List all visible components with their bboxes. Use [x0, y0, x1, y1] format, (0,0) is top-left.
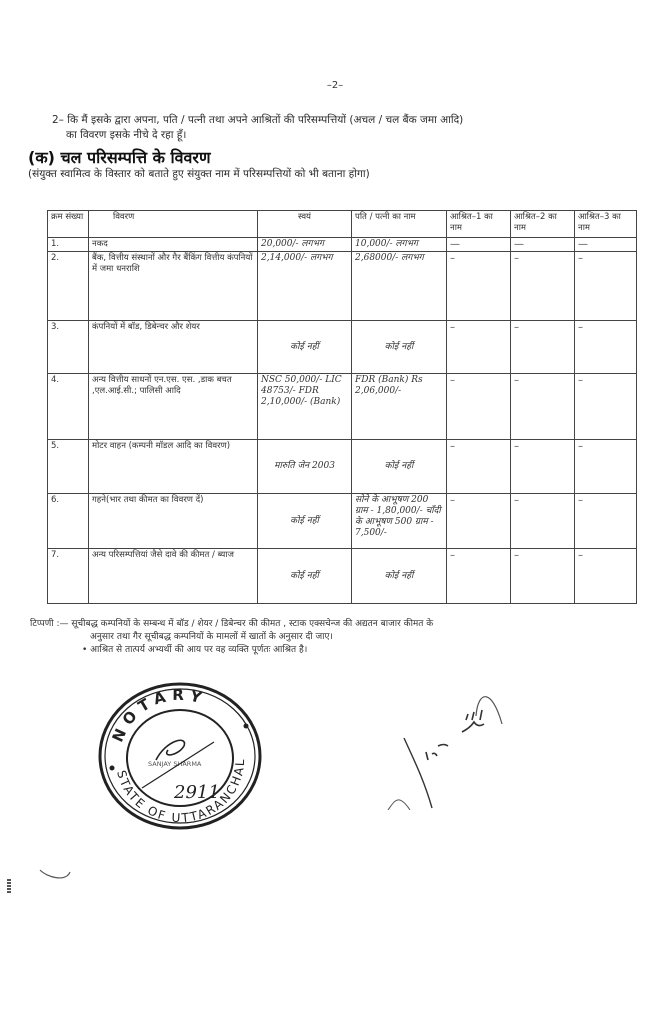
dependent-3-cell: – — [575, 374, 637, 440]
header-description: विवरण — [89, 211, 258, 238]
spouse-value-cell: 10,000/- लगभग — [352, 238, 447, 252]
note-line-3: • आश्रित से तात्पर्य अभ्यर्थी की आय पर व… — [30, 644, 650, 657]
table-row: 7.अन्य परिसम्पत्तियां जैसे दावे की कीमत … — [48, 549, 637, 604]
self-value-cell: कोई नहीं — [258, 494, 352, 549]
declaration-line-2: का विवरण इसके नीचे दे रहा हूँ। — [52, 128, 622, 143]
serial-number-cell: 3. — [48, 321, 89, 374]
note-line-2: अनुसार तथा गैर सूचीबद्ध कम्पनियों के माम… — [30, 631, 650, 644]
dependent-2-cell: – — [511, 252, 575, 321]
table-row: 5.मोटर वाहन (कम्पनी मॉडल आदि का विवरण)मा… — [48, 440, 637, 494]
signature — [380, 680, 510, 810]
dependent-1-cell: – — [447, 321, 511, 374]
header-dependent-1: आश्रित–1 का नाम — [447, 211, 511, 238]
footnotes: टिप्पणी :— सूचीबद्ध कम्पनियों के सम्बन्ध… — [30, 618, 650, 657]
svg-text:NOTARY: NOTARY — [108, 686, 209, 745]
section-heading: (क) चल परिसम्पत्ति के विवरण — [28, 146, 211, 168]
stamp-top-text: NOTARY — [108, 686, 209, 745]
pen-mark — [38, 868, 74, 884]
serial-number-cell: 1. — [48, 238, 89, 252]
dependent-3-cell: – — [575, 321, 637, 374]
header-self: स्वयं — [258, 211, 352, 238]
header-spouse: पति / पत्नी का नाम — [352, 211, 447, 238]
movable-assets-table: क्रम संख्या विवरण स्वयं पति / पत्नी का न… — [47, 210, 637, 604]
self-value-cell: मारुति जेन 2003 — [258, 440, 352, 494]
description-cell: नकद — [89, 238, 258, 252]
edge-mark — [7, 879, 11, 893]
description-cell: गहने(भार तथा कीमत का विवरण दें) — [89, 494, 258, 549]
notary-stamp: NOTARY STATE OF UTTARANCHAL SANJAY SHARM… — [96, 680, 264, 830]
dependent-1-cell: — — [447, 238, 511, 252]
dependent-2-cell: — — [511, 238, 575, 252]
dependent-1-cell: – — [447, 549, 511, 604]
dependent-2-cell: – — [511, 549, 575, 604]
self-value-cell: कोई नहीं — [258, 321, 352, 374]
spouse-value-cell: FDR (Bank) Rs 2,06,000/- — [352, 374, 447, 440]
description-cell: कंपनियों में बॉड, डिबेन्चर और शेयर — [89, 321, 258, 374]
dependent-1-cell: – — [447, 374, 511, 440]
header-serial: क्रम संख्या — [48, 211, 89, 238]
dependent-3-cell: – — [575, 494, 637, 549]
spouse-value-cell: कोई नहीं — [352, 549, 447, 604]
table-row: 3.कंपनियों में बॉड, डिबेन्चर और शेयरकोई … — [48, 321, 637, 374]
serial-number-cell: 5. — [48, 440, 89, 494]
table-row: 1.नकद20,000/- लगभग10,000/- लगभग——— — [48, 238, 637, 252]
self-value-cell: 2,14,000/- लगभग — [258, 252, 352, 321]
stamp-inner-number: 2911 — [173, 782, 220, 803]
header-dependent-2: आश्रित–2 का नाम — [511, 211, 575, 238]
dependent-3-cell: – — [575, 252, 637, 321]
spouse-value-cell: 2,68000/- लगभग — [352, 252, 447, 321]
self-value-cell: 20,000/- लगभग — [258, 238, 352, 252]
description-cell: अन्य वित्तीय साधनों एन.एस. एस. ,डाक बचत … — [89, 374, 258, 440]
serial-number-cell: 7. — [48, 549, 89, 604]
page-number: –2– — [0, 80, 670, 91]
dependent-2-cell: – — [511, 494, 575, 549]
dependent-2-cell: – — [511, 440, 575, 494]
dependent-3-cell: – — [575, 440, 637, 494]
description-cell: मोटर वाहन (कम्पनी मॉडल आदि का विवरण) — [89, 440, 258, 494]
dependent-3-cell: – — [575, 549, 637, 604]
serial-number-cell: 2. — [48, 252, 89, 321]
dependent-2-cell: – — [511, 321, 575, 374]
dependent-3-cell: — — [575, 238, 637, 252]
table-row: 2.बैंक, वित्तीय संस्थानों और गैर बैंकिंग… — [48, 252, 637, 321]
dependent-1-cell: – — [447, 494, 511, 549]
self-value-cell: NSC 50,000/- LIC 48753/- FDR 2,10,000/- … — [258, 374, 352, 440]
spouse-value-cell: सोने के आभूषण 200 ग्राम - 1,80,000/- चाँ… — [352, 494, 447, 549]
spouse-value-cell: कोई नहीं — [352, 321, 447, 374]
note-line-1: टिप्पणी :— सूचीबद्ध कम्पनियों के सम्बन्ध… — [30, 619, 433, 629]
description-cell: अन्य परिसम्पत्तियां जैसे दावे की कीमत / … — [89, 549, 258, 604]
self-value-cell: कोई नहीं — [258, 549, 352, 604]
dependent-1-cell: – — [447, 252, 511, 321]
dependent-1-cell: – — [447, 440, 511, 494]
table-row: 6.गहने(भार तथा कीमत का विवरण दें)कोई नही… — [48, 494, 637, 549]
serial-number-cell: 4. — [48, 374, 89, 440]
declaration-paragraph: 2– कि मैं इसके द्वारा अपना, पति / पत्नी … — [52, 113, 622, 143]
header-dependent-3: आश्रित–3 का नाम — [575, 211, 637, 238]
declaration-line-1: 2– कि मैं इसके द्वारा अपना, पति / पत्नी … — [52, 114, 463, 126]
section-note: (संयुक्त स्वामित्व के विस्तार को बताते ह… — [28, 167, 370, 181]
spouse-value-cell: कोई नहीं — [352, 440, 447, 494]
dependent-2-cell: – — [511, 374, 575, 440]
table-row: 4.अन्य वित्तीय साधनों एन.एस. एस. ,डाक बच… — [48, 374, 637, 440]
serial-number-cell: 6. — [48, 494, 89, 549]
description-cell: बैंक, वित्तीय संस्थानों और गैर बैंकिंग व… — [89, 252, 258, 321]
table-header-row: क्रम संख्या विवरण स्वयं पति / पत्नी का न… — [48, 211, 637, 238]
